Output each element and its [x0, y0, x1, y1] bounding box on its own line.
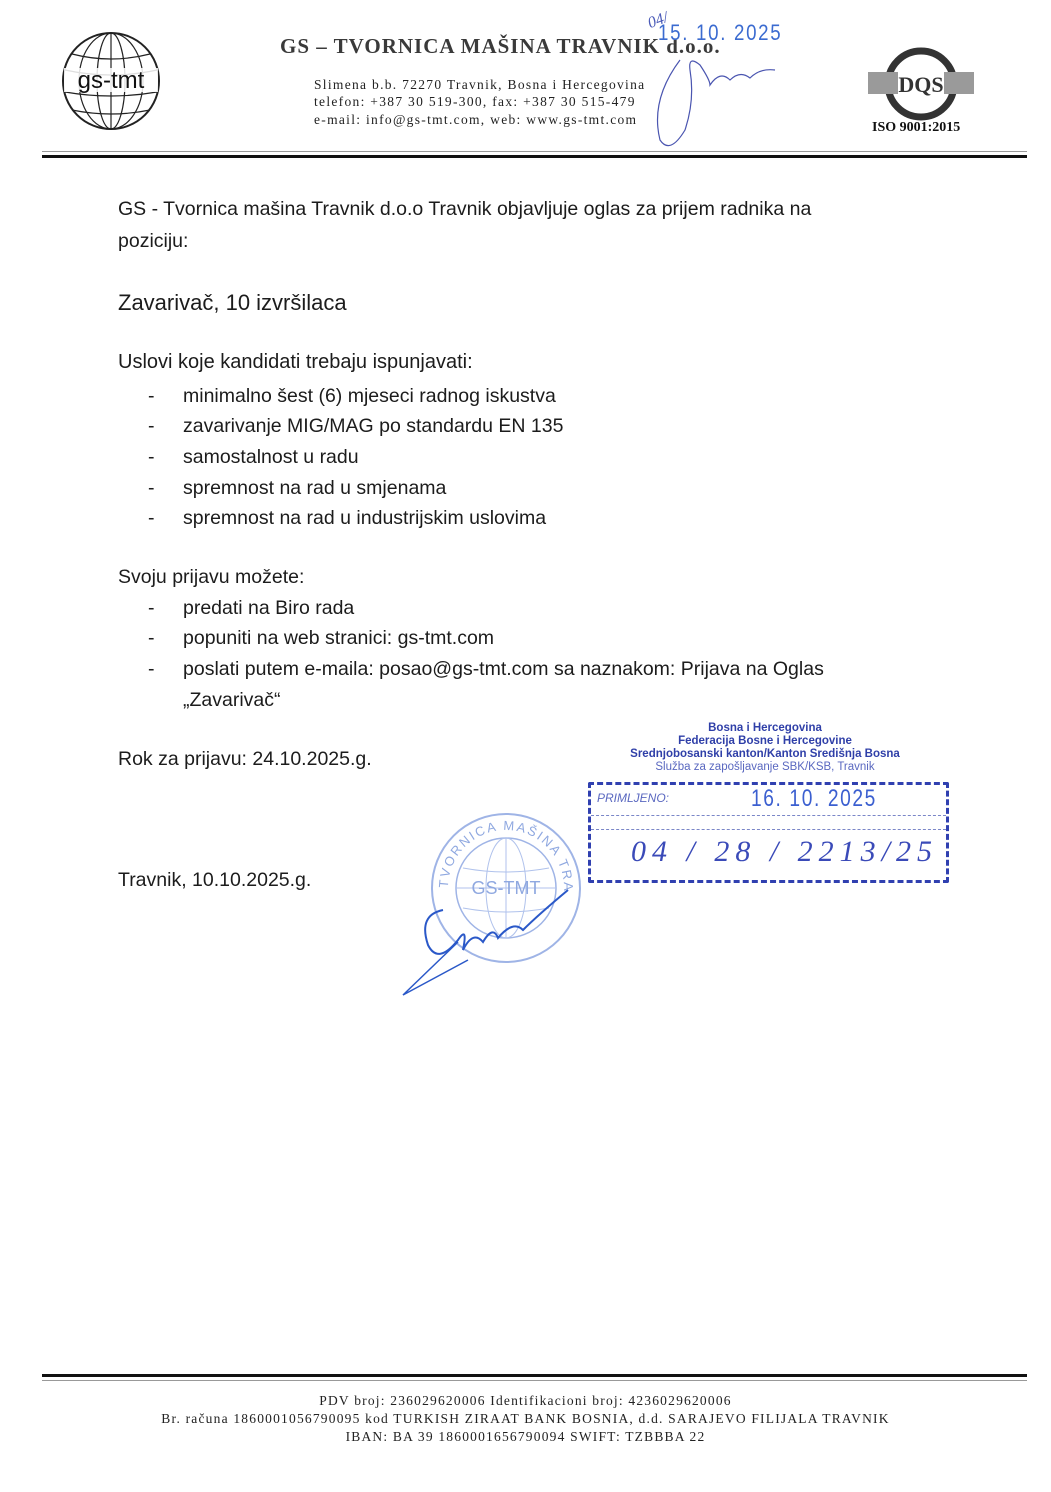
footer-tax-ids: PDV broj: 236029620006 Identifikacioni b… — [0, 1393, 1051, 1409]
stamp-registry-number: 04 / 28 / 2213/25 — [631, 835, 938, 869]
header-divider-thin — [42, 151, 1027, 152]
intro-text-line-1: GS - Tvornica mašina Travnik d.o.o Travn… — [118, 198, 811, 221]
bullet-dash: - — [148, 597, 155, 620]
contact-address: Slimena b.b. 72270 Travnik, Bosna i Herc… — [314, 77, 645, 93]
stamp-federation: Federacija Bosne i Hercegovine — [580, 735, 950, 747]
application-method: poslati putem e-maila: posao@gs-tmt.com … — [183, 658, 824, 681]
bullet-dash: - — [148, 627, 155, 650]
condition-item: spremnost na rad u smjenama — [183, 477, 446, 500]
bullet-dash: - — [148, 415, 155, 438]
bullet-dash: - — [148, 446, 155, 469]
intro-text-line-2: poziciju: — [118, 230, 188, 253]
conditions-heading: Uslovi koje kandidati trebaju ispunjavat… — [118, 351, 473, 374]
application-method: popuniti na web stranici: gs-tmt.com — [183, 627, 494, 650]
footer-bank-account: Br. računa 1860001056790095 kod TURKISH … — [0, 1411, 1051, 1427]
bullet-dash: - — [148, 507, 155, 530]
stamp-received-date: 16. 10. 2025 — [751, 785, 877, 813]
condition-item: samostalnost u radu — [183, 446, 359, 469]
signature-icon — [398, 870, 578, 1000]
stamp-office: Služba za zapošljavanje SBK/KSB, Travnik — [580, 761, 950, 773]
bullet-dash: - — [148, 385, 155, 408]
position-title: Zavarivač, 10 izvršilaca — [118, 290, 347, 316]
header-signature-icon — [640, 40, 790, 160]
stamp-canton: Srednjobosanski kanton/Kanton Središnja … — [580, 748, 950, 760]
stamp-received-label: PRIMLJENO: — [597, 791, 669, 805]
contact-phone: telefon: +387 30 519-300, fax: +387 30 5… — [314, 94, 636, 110]
globe-icon: gs-tmt — [60, 30, 162, 132]
company-logo: gs-tmt — [60, 30, 162, 132]
place-and-date: Travnik, 10.10.2025.g. — [118, 869, 311, 892]
iso-certification-logo: DQS — [866, 46, 976, 122]
contact-email-web: e-mail: info@gs-tmt.com, web: www.gs-tmt… — [314, 112, 637, 128]
footer-iban-swift: IBAN: BA 39 1860001656790094 SWIFT: TZBB… — [0, 1429, 1051, 1445]
official-received-stamp: Bosna i Hercegovina Federacija Bosne i H… — [580, 720, 950, 885]
condition-item: spremnost na rad u industrijskim uslovim… — [183, 507, 546, 530]
iso-certification-label: ISO 9001:2015 — [872, 120, 960, 136]
footer-divider-thick — [42, 1374, 1027, 1377]
application-deadline: Rok za prijavu: 24.10.2025.g. — [118, 748, 372, 771]
stamp-received-box: PRIMLJENO: 16. 10. 2025 04 / 28 / 2213/2… — [588, 782, 949, 883]
bullet-dash: - — [148, 658, 155, 681]
application-heading: Svoju prijavu možete: — [118, 566, 304, 589]
application-method-continuation: „Zavarivač“ — [183, 689, 281, 712]
condition-item: minimalno šest (6) mjeseci radnog iskust… — [183, 385, 556, 408]
footer-divider-thin — [42, 1380, 1027, 1381]
condition-item: zavarivanje MIG/MAG po standardu EN 135 — [183, 415, 563, 438]
header-divider-thick — [42, 155, 1027, 158]
svg-text:DQS: DQS — [898, 72, 943, 97]
stamp-country: Bosna i Hercegovina — [580, 722, 950, 734]
svg-text:gs-tmt: gs-tmt — [78, 67, 145, 94]
signature — [398, 870, 578, 1000]
bullet-dash: - — [148, 477, 155, 500]
application-method: predati na Biro rada — [183, 597, 354, 620]
dqs-logo-icon: DQS — [866, 46, 976, 122]
